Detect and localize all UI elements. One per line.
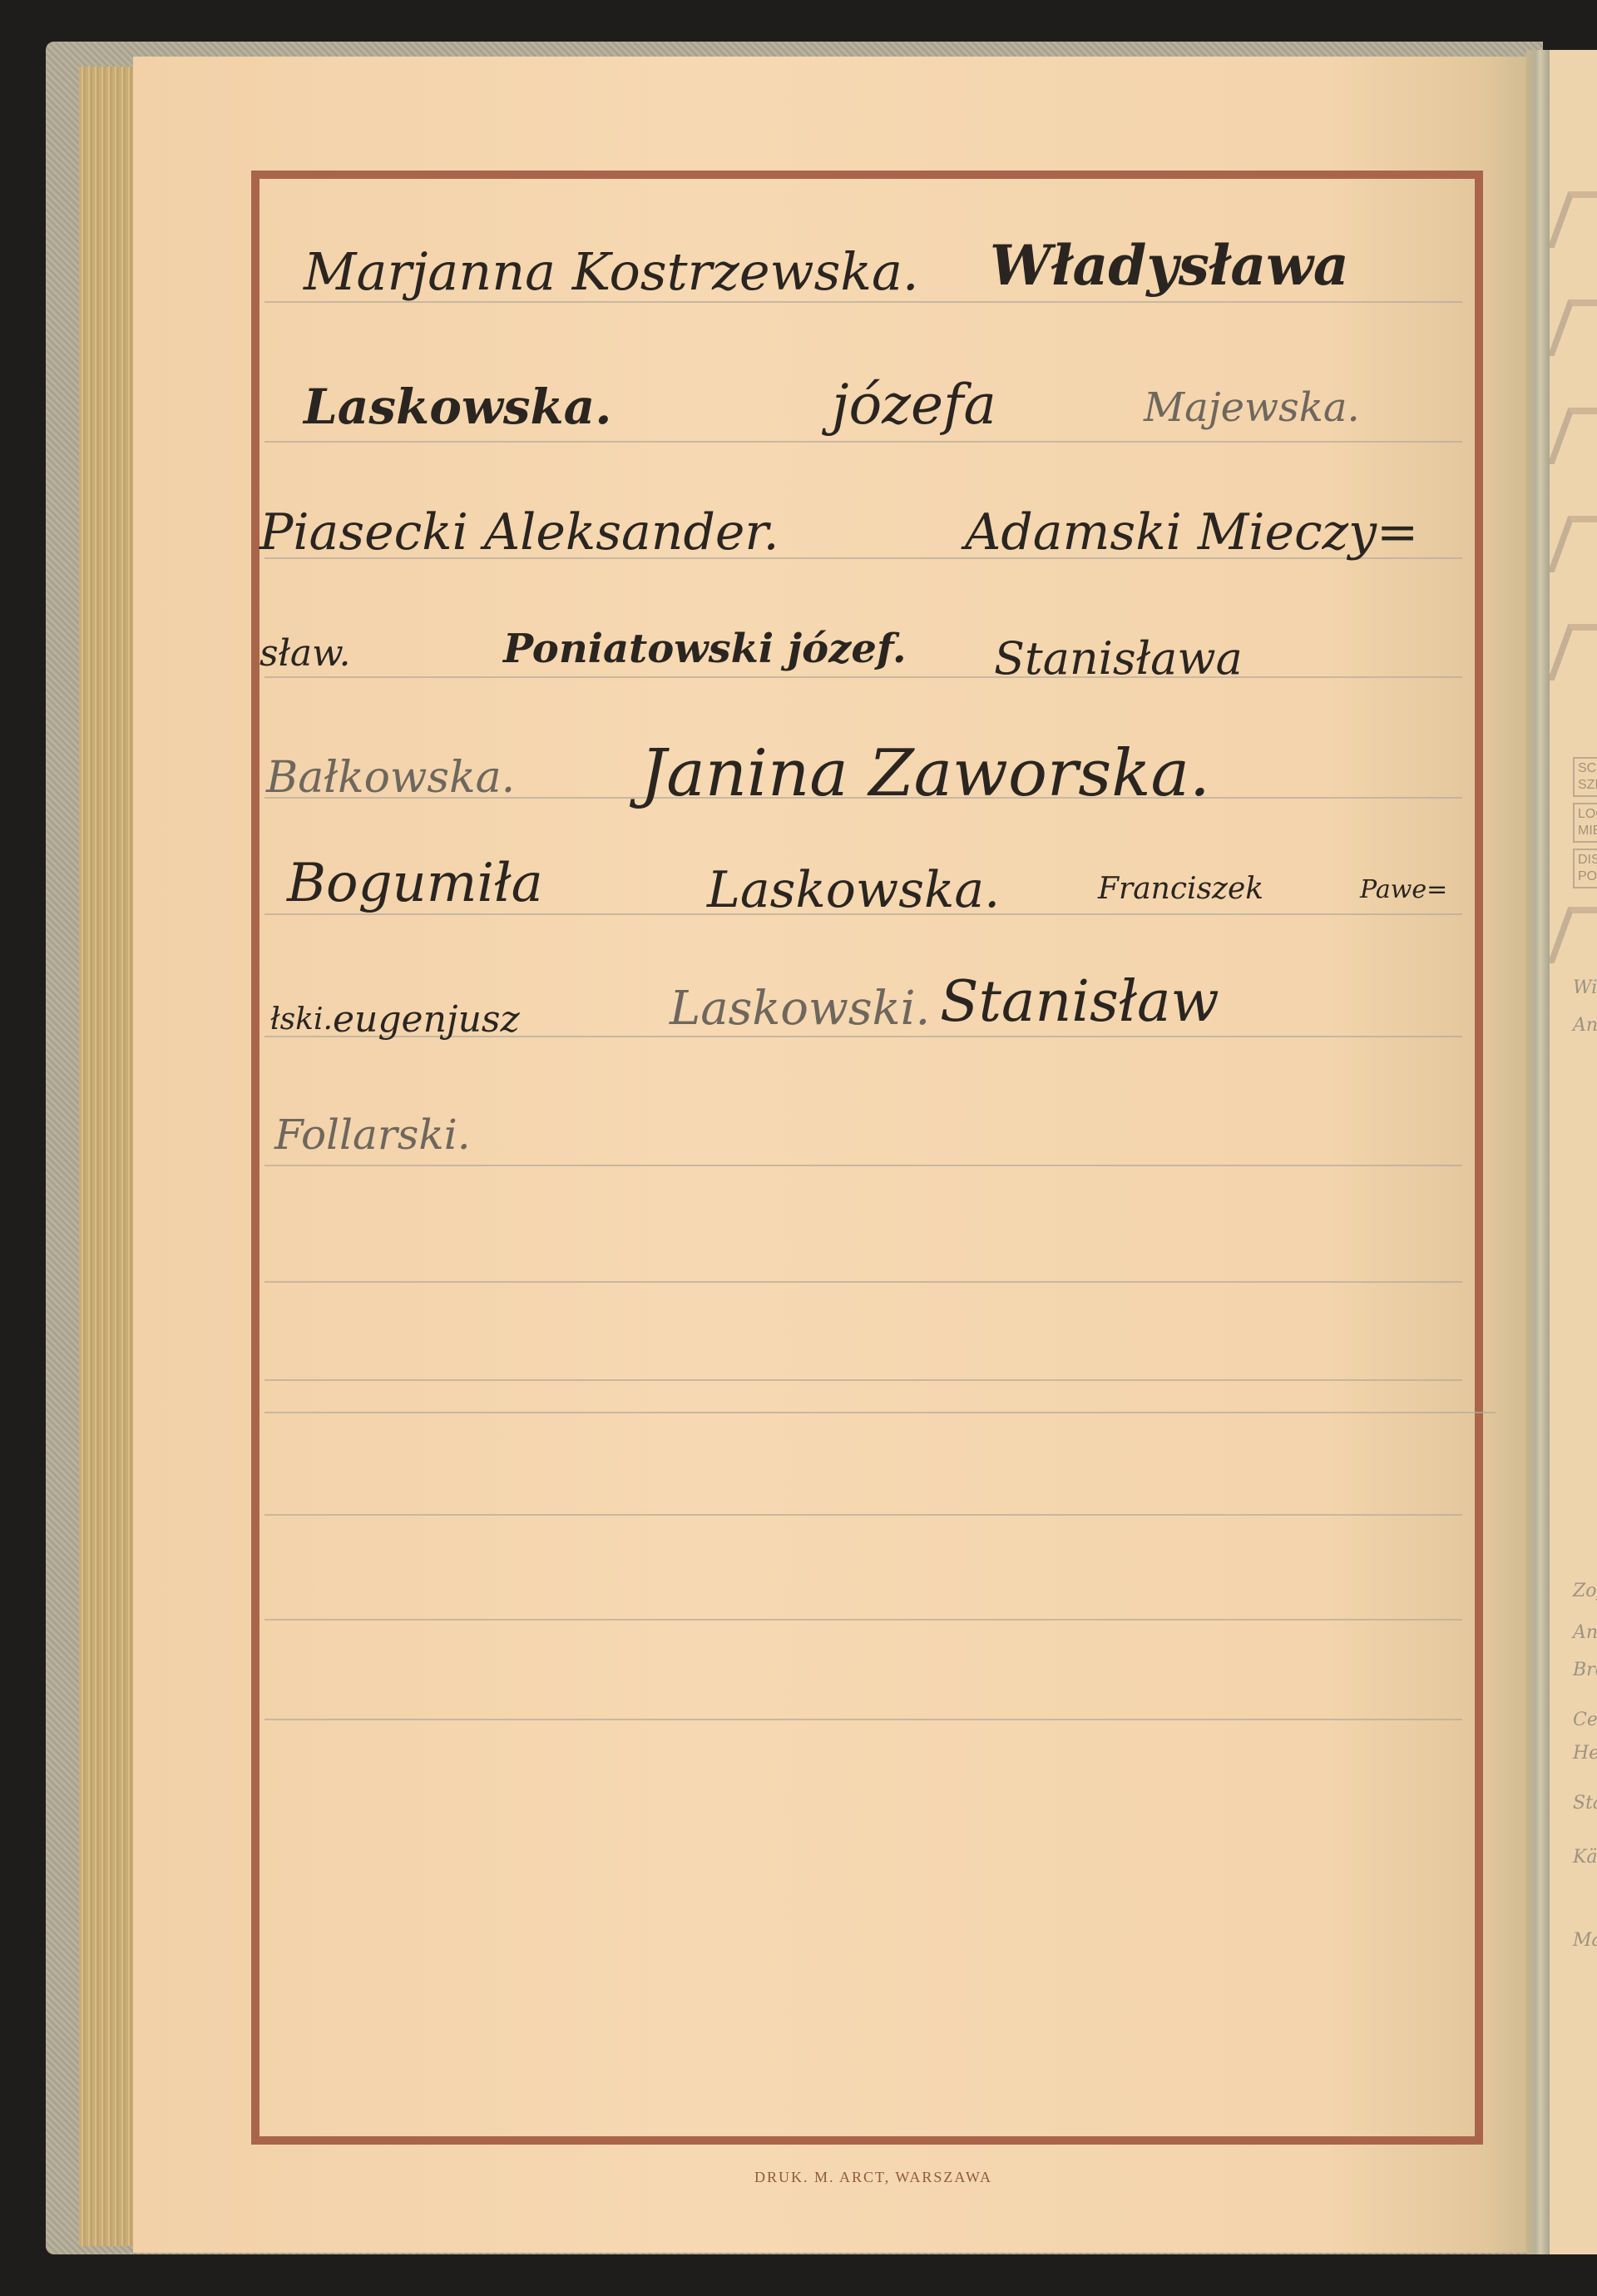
page-edges <box>79 67 137 2246</box>
label-line: POWI <box>1578 868 1597 885</box>
handwritten-name: Marjanna Kostrzewska. <box>304 241 919 302</box>
opposite-handwriting: Helen <box>1573 1743 1597 1764</box>
book-gutter <box>1526 50 1550 2254</box>
opposite-handwriting: Käthe <box>1573 1847 1597 1868</box>
decorative-motif-icon <box>1550 516 1597 572</box>
ruled-line <box>265 1619 1462 1621</box>
opposite-handwriting: Bronisł <box>1573 1660 1597 1680</box>
ruled-line <box>265 441 1462 443</box>
ruled-line <box>265 1514 1462 1516</box>
label-line: DISTR <box>1578 852 1597 868</box>
handwritten-name: Pawe= <box>1360 875 1447 904</box>
ruled-line <box>265 676 1462 678</box>
opposite-label: SCHOO SZKOŁ <box>1573 757 1597 797</box>
opposite-label: LOCAL MIEJSC <box>1573 803 1597 843</box>
opposite-handwriting: Anas <box>1573 1622 1597 1643</box>
handwritten-name: Stanisław <box>940 969 1219 1035</box>
handwritten-name: Bałkowska. <box>266 753 515 803</box>
label-line: MIEJSC <box>1578 823 1597 839</box>
handwritten-name: Stanisława <box>994 632 1243 685</box>
handwritten-name: Władysława <box>990 233 1349 298</box>
decorative-motif-icon <box>1550 907 1597 963</box>
handwritten-name: Franciszek <box>1098 872 1263 906</box>
ruled-line <box>265 1719 1462 1720</box>
decorative-motif-icon <box>1550 299 1597 356</box>
ruled-line <box>265 1412 1496 1413</box>
decorative-motif-icon <box>1550 191 1597 248</box>
handwritten-name: Piasecki Aleksander. <box>260 503 779 562</box>
handwritten-name: Laskowska. <box>707 861 1000 919</box>
opposite-page: SCHOO SZKOŁ LOCAL MIEJSC DISTR POWI Winc… <box>1550 50 1597 2254</box>
opposite-handwriting: Wince <box>1573 977 1597 998</box>
decorative-motif-icon <box>1550 408 1597 464</box>
decorative-motif-icon <box>1550 624 1597 680</box>
opposite-handwriting: Cecylja <box>1573 1710 1597 1730</box>
ruled-line <box>265 1379 1462 1381</box>
opposite-label: DISTR POWI <box>1573 849 1597 888</box>
handwritten-name: Majewska. <box>1144 384 1360 431</box>
handwritten-name: józefa <box>832 373 996 437</box>
ruled-line <box>265 1165 1462 1166</box>
opposite-handwriting: Stanis <box>1573 1793 1597 1814</box>
handwritten-name: łski. <box>270 1002 333 1037</box>
ruled-line <box>265 1281 1462 1283</box>
label-line: SZKOŁ <box>1578 777 1597 794</box>
handwritten-name: Janina Zaworska. <box>640 736 1210 811</box>
handwritten-name: eugenjusz <box>333 998 520 1041</box>
handwritten-name: Laskowski. <box>670 982 930 1036</box>
printer-imprint: DRUK. M. ARCT, WARSZAWA <box>0 2169 1597 2186</box>
opposite-handwriting: Marta <box>1573 1930 1597 1951</box>
handwritten-name: Laskowska. <box>304 379 611 435</box>
opposite-handwriting: Zofja <box>1573 1581 1597 1601</box>
handwritten-name: Follarski. <box>274 1111 471 1159</box>
opposite-handwriting: Anas <box>1573 1015 1597 1036</box>
label-line: LOCAL <box>1578 806 1597 823</box>
label-line: SCHOO <box>1578 760 1597 777</box>
handwritten-name: Adamski Mieczy= <box>965 503 1418 562</box>
handwritten-name: sław. <box>260 632 351 675</box>
handwritten-name: Bogumiła <box>287 853 543 914</box>
handwritten-name: Poniatowski józef. <box>503 626 907 672</box>
